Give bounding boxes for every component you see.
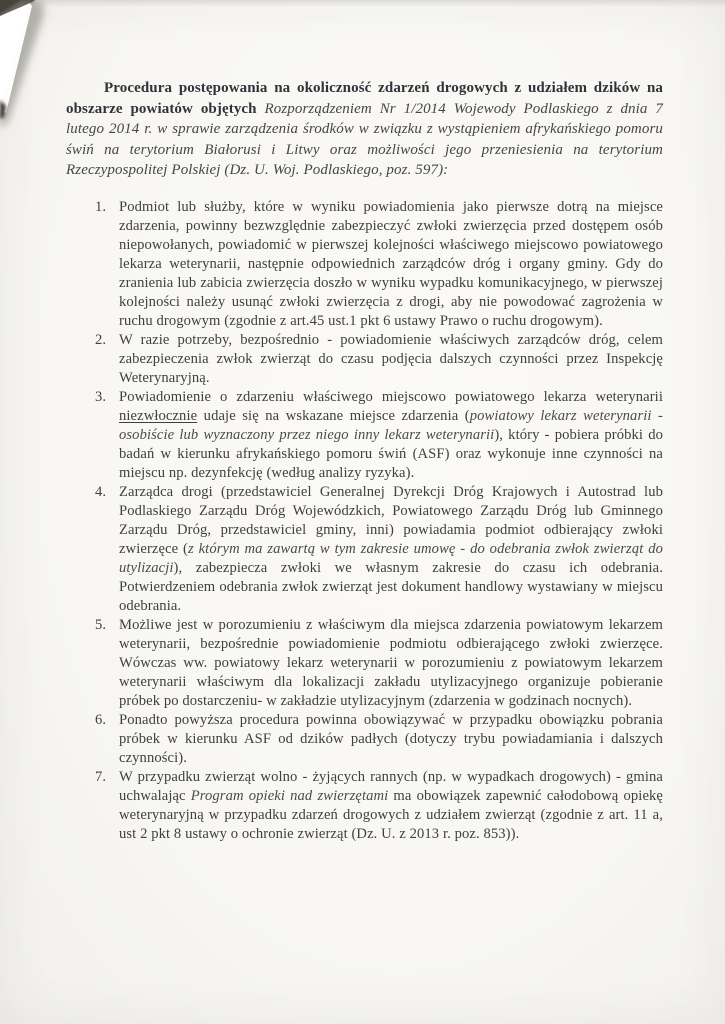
scanned-document-page: Procedura postępowania na okoliczność zd… xyxy=(0,0,725,1024)
list-item: 3.Powiadomienie o zdarzeniu właściwego m… xyxy=(95,388,663,483)
text-segment-italic: Program opieki nad zwierzętami xyxy=(191,788,389,804)
list-item-text: Możliwe jest w porozumieniu z właściwym … xyxy=(119,616,663,711)
list-item-number: 5. xyxy=(95,616,119,635)
list-item-number: 3. xyxy=(95,388,119,407)
document-title: Procedura postępowania na okoliczność zd… xyxy=(66,78,663,181)
text-segment-normal: Ponadto powyższa procedura powinna obowi… xyxy=(119,712,663,766)
text-segment-normal: Podmiot lub służby, które w wyniku powia… xyxy=(119,199,663,329)
text-segment-normal: Powiadomienie o zdarzeniu właściwego mie… xyxy=(119,389,663,405)
list-item-number: 1. xyxy=(95,198,119,217)
list-item-number: 2. xyxy=(95,331,119,350)
list-item: 2.W razie potrzeby, bezpośrednio - powia… xyxy=(95,331,663,388)
list-item: 1.Podmiot lub służby, które w wyniku pow… xyxy=(95,198,663,331)
list-item-text: W razie potrzeby, bezpośrednio - powiado… xyxy=(119,331,663,388)
text-segment-normal: Możliwe jest w porozumieniu z właściwym … xyxy=(119,617,663,709)
list-item: 6.Ponadto powyższa procedura powinna obo… xyxy=(95,711,663,768)
list-item-number: 4. xyxy=(95,483,119,502)
text-segment-underline: niezwłocznie xyxy=(119,408,197,424)
text-segment-normal: ), zabezpiecza zwłoki we własnym zakresi… xyxy=(119,560,663,614)
list-item: 4.Zarządca drogi (przedstawiciel General… xyxy=(95,483,663,616)
list-item: 5.Możliwe jest w porozumieniu z właściwy… xyxy=(95,616,663,711)
list-item-number: 7. xyxy=(95,768,119,787)
text-segment-normal: udaje się na wskazane miejsce zdarzenia … xyxy=(197,408,470,424)
list-item-number: 6. xyxy=(95,711,119,730)
procedure-list: 1.Podmiot lub służby, które w wyniku pow… xyxy=(95,198,663,844)
list-item-text: Zarządca drogi (przedstawiciel Generalne… xyxy=(119,483,663,616)
list-item-text: Powiadomienie o zdarzeniu właściwego mie… xyxy=(119,388,663,483)
list-item: 7.W przypadku zwierząt wolno - żyjących … xyxy=(95,768,663,844)
list-item-text: W przypadku zwierząt wolno - żyjących ra… xyxy=(119,768,663,844)
list-item-text: Ponadto powyższa procedura powinna obowi… xyxy=(119,711,663,768)
document-content: Procedura postępowania na okoliczność zd… xyxy=(66,78,663,844)
list-item-text: Podmiot lub służby, które w wyniku powia… xyxy=(119,198,663,331)
text-segment-normal: W razie potrzeby, bezpośrednio - powiado… xyxy=(119,332,663,386)
